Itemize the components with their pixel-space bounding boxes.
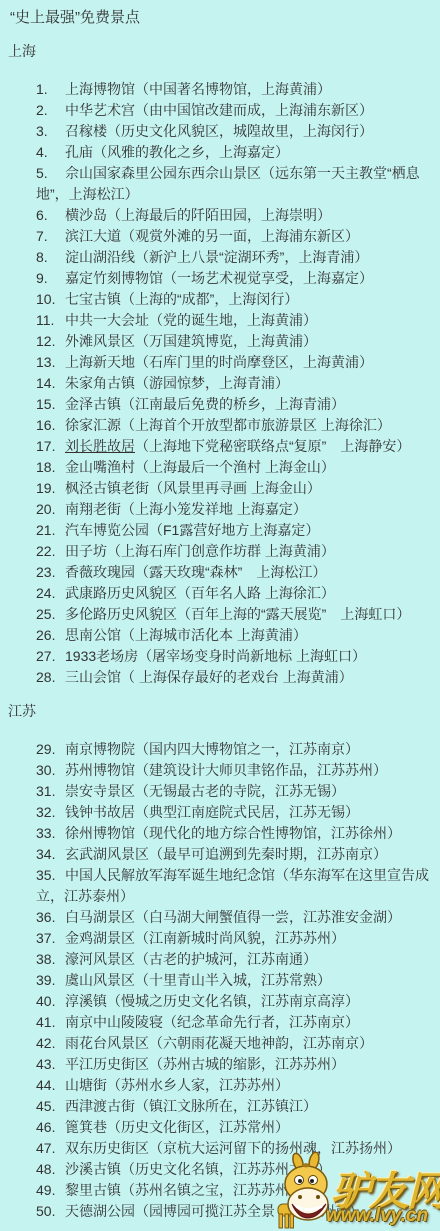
item-number: 40. — [36, 991, 65, 1012]
item-number: 12. — [36, 331, 65, 352]
item-number: 33. — [36, 823, 65, 844]
item-number: 19. — [36, 478, 65, 499]
item-text: 平江历史街区（苏州古城的缩影，江苏苏州） — [65, 1056, 345, 1072]
list-item: 31.崇安寺景区（无锡最古老的寺院，江苏无锡） — [0, 781, 440, 802]
item-text: 中国人民解放军海军诞生地纪念馆（华东海军在这里宣告成立，江苏泰州） — [36, 867, 429, 904]
list-item: 41.南京中山陵陵寝（纪念革命先行者，江苏南京） — [0, 1012, 440, 1033]
item-text: 多伦路历史风貌区（百年上海的“露天展览” 上海虹口） — [65, 606, 410, 622]
list-item: 7.滨江大道（观赏外滩的另一面，上海浦东新区） — [0, 226, 440, 247]
item-number: 34. — [36, 844, 65, 865]
item-number: 45. — [36, 1096, 65, 1117]
item-number: 16. — [36, 415, 65, 436]
item-text: 七宝古镇（上海的“成都”，上海闵行） — [65, 291, 298, 307]
list-item: 47.双东历史街区（京杭大运河留下的扬州魂，江苏扬州） — [0, 1138, 440, 1159]
list-item: 46.篦箕巷（历史文化街区，江苏常州） — [0, 1117, 440, 1138]
list-item: 11.中共一大会址（党的诞生地，上海黄浦） — [0, 310, 440, 331]
list-item: 22.田子坊（上海石库门创意作坊群 上海黄浦） — [0, 541, 440, 562]
item-number: 21. — [36, 520, 65, 541]
list-item: 26.思南公馆（上海城市活化本 上海黄浦） — [0, 625, 440, 646]
item-text: 苏州博物馆（建筑设计大师贝聿铭作品，江苏苏州） — [65, 762, 387, 778]
item-number: 24. — [36, 583, 65, 604]
list-item: 38.濠河风景区（古老的护城河，江苏南通） — [0, 949, 440, 970]
item-text: 滨江大道（观赏外滩的另一面，上海浦东新区） — [65, 228, 359, 244]
item-number: 6. — [36, 205, 65, 226]
item-number: 4. — [36, 142, 65, 163]
item-number: 23. — [36, 562, 65, 583]
item-text: 雨花台风景区（六朝雨花凝天地神韵，江苏南京） — [65, 1035, 373, 1051]
scenic-spot-list: 29.南京博物院（国内四大博物馆之一，江苏南京）30.苏州博物馆（建筑设计大师贝… — [0, 739, 440, 1222]
list-item: 39.虞山风景区（十里青山半入城，江苏常熟） — [0, 970, 440, 991]
item-text: 三山会馆（ 上海保存最好的老戏台 上海黄浦） — [65, 669, 353, 685]
item-number: 15. — [36, 394, 65, 415]
item-number: 46. — [36, 1117, 65, 1138]
item-text: 横沙岛（上海最后的阡陌田园，上海崇明） — [65, 207, 331, 223]
item-number: 49. — [36, 1180, 65, 1201]
item-text: 1933老场房（屠宰场变身时尚新地标 上海虹口） — [65, 648, 366, 664]
page: “史上最强”免费景点 上海1.上海博物馆（中国著名博物馆，上海黄浦）2.中华艺术… — [0, 0, 440, 1231]
item-text: 思南公馆（上海城市活化本 上海黄浦） — [65, 627, 307, 643]
item-text: 金泽古镇（江南最后免费的桥乡，上海青浦） — [65, 396, 345, 412]
item-number: 37. — [36, 928, 65, 949]
item-number: 38. — [36, 949, 65, 970]
item-text: 南京博物院（国内四大博物馆之一，江苏南京） — [65, 741, 359, 757]
list-item: 36.白马湖景区（白马湖大闸蟹值得一尝，江苏淮安金湖） — [0, 907, 440, 928]
item-number: 50. — [36, 1201, 65, 1222]
list-item: 18.金山嘴渔村（上海最后一个渔村 上海金山） — [0, 457, 440, 478]
list-item: 40.淳溪镇（慢城之历史文化名镇，江苏南京高淳） — [0, 991, 440, 1012]
item-text: 篦箕巷（历史文化街区，江苏常州） — [65, 1119, 289, 1135]
list-item: 28.三山会馆（ 上海保存最好的老戏台 上海黄浦） — [0, 667, 440, 688]
list-item: 24.武康路历史风貌区（百年名人路 上海徐汇） — [0, 583, 440, 604]
list-item: 14.朱家角古镇（游园惊梦，上海青浦） — [0, 373, 440, 394]
list-item: 2.中华艺术宫（由中国馆改建而成，上海浦东新区） — [0, 100, 440, 121]
item-text: 双东历史街区（京杭大运河留下的扬州魂，江苏扬州） — [65, 1140, 401, 1156]
item-number: 25. — [36, 604, 65, 625]
list-item: 20.南翔老街（上海小笼发祥地 上海嘉定） — [0, 499, 440, 520]
item-number: 36. — [36, 907, 65, 928]
item-number: 5. — [36, 163, 65, 184]
item-number: 41. — [36, 1012, 65, 1033]
item-number: 13. — [36, 352, 65, 373]
list-item: 16.徐家汇源（上海首个开放型都市旅游景区 上海徐汇） — [0, 415, 440, 436]
item-text: 崇安寺景区（无锡最古老的寺院，江苏无锡） — [65, 783, 345, 799]
item-number: 48. — [36, 1159, 65, 1180]
item-text: 上海博物馆（中国著名博物馆，上海黄浦） — [65, 81, 331, 97]
item-number: 32. — [36, 802, 65, 823]
item-text: 淳溪镇（慢城之历史文化名镇，江苏南京高淳） — [65, 993, 359, 1009]
item-text: 汽车博览公园（F1露营好地方上海嘉定） — [65, 522, 319, 538]
item-text: 田子坊（上海石库门创意作坊群 上海黄浦） — [65, 543, 335, 559]
item-number: 8. — [36, 247, 65, 268]
item-text: 濠河风景区（古老的护城河，江苏南通） — [65, 951, 317, 967]
list-item: 8.淀山湖沿线（新沪上八景“淀湖环秀”，上海青浦） — [0, 247, 440, 268]
list-item: 35.中国人民解放军海军诞生地纪念馆（华东海军在这里宣告成立，江苏泰州） — [0, 865, 440, 907]
item-text: 武康路历史风貌区（百年名人路 上海徐汇） — [65, 585, 335, 601]
sections-container: 上海1.上海博物馆（中国著名博物馆，上海黄浦）2.中华艺术宫（由中国馆改建而成，… — [0, 41, 440, 1222]
item-text: 佘山国家森里公园东西佘山景区（远东第一天主教堂“栖息地”，上海松江） — [36, 165, 420, 202]
item-number: 11. — [36, 310, 65, 331]
list-item: 32.钱钟书故居（典型江南庭院式民居，江苏无锡） — [0, 802, 440, 823]
list-item: 34.玄武湖风景区（最早可追溯到先秦时期，江苏南京） — [0, 844, 440, 865]
item-text: 南翔老街（上海小笼发祥地 上海嘉定） — [65, 501, 307, 517]
list-item: 19.枫泾古镇老街（风景里再寻画 上海金山） — [0, 478, 440, 499]
watermark-site-url: www.lvy.cn — [326, 1205, 428, 1227]
item-number: 31. — [36, 781, 65, 802]
list-item: 23.香薇玫瑰园（露天玫瑰“森林” 上海松江） — [0, 562, 440, 583]
item-text: 西津渡古街（镇江文脉所在，江苏镇江） — [65, 1098, 317, 1114]
list-item: 45.西津渡古街（镇江文脉所在，江苏镇江） — [0, 1096, 440, 1117]
list-item: 33.徐州博物馆（现代化的地方综合性博物馆，江苏徐州） — [0, 823, 440, 844]
list-item: 1.上海博物馆（中国著名博物馆，上海黄浦） — [0, 79, 440, 100]
list-item: 43.平江历史街区（苏州古城的缩影，江苏苏州） — [0, 1054, 440, 1075]
item-number: 30. — [36, 760, 65, 781]
item-number: 2. — [36, 100, 65, 121]
list-item: 42.雨花台风景区（六朝雨花凝天地神韵，江苏南京） — [0, 1033, 440, 1054]
item-text: 玄武湖风景区（最早可追溯到先秦时期，江苏南京） — [65, 846, 387, 862]
item-text: 钱钟书故居（典型江南庭院式民居，江苏无锡） — [65, 804, 359, 820]
item-link[interactable]: 刘长胜故居 — [65, 438, 135, 454]
item-number: 43. — [36, 1054, 65, 1075]
scenic-spot-list: 1.上海博物馆（中国著名博物馆，上海黄浦）2.中华艺术宫（由中国馆改建而成，上海… — [0, 79, 440, 688]
item-number: 7. — [36, 226, 65, 247]
list-item: 25.多伦路历史风貌区（百年上海的“露天展览” 上海虹口） — [0, 604, 440, 625]
item-number: 22. — [36, 541, 65, 562]
list-item: 44.山塘街（苏州水乡人家，江苏苏州） — [0, 1075, 440, 1096]
item-text: 上海新天地（石库门里的时尚摩登区，上海黄浦） — [65, 354, 373, 370]
item-text: 嘉定竹刻博物馆（一场艺术视觉享受，上海嘉定） — [65, 270, 373, 286]
list-item: 30.苏州博物馆（建筑设计大师贝聿铭作品，江苏苏州） — [0, 760, 440, 781]
item-text: 中共一大会址（党的诞生地，上海黄浦） — [65, 312, 317, 328]
list-item: 15.金泽古镇（江南最后免费的桥乡，上海青浦） — [0, 394, 440, 415]
list-item: 6.横沙岛（上海最后的阡陌田园，上海崇明） — [0, 205, 440, 226]
item-number: 14. — [36, 373, 65, 394]
item-number: 39. — [36, 970, 65, 991]
item-text: 金山嘴渔村（上海最后一个渔村 上海金山） — [65, 459, 335, 475]
item-text: 山塘街（苏州水乡人家，江苏苏州） — [65, 1077, 289, 1093]
item-number: 47. — [36, 1138, 65, 1159]
section-header: 上海 — [8, 41, 440, 62]
list-item: 21.汽车博览公园（F1露营好地方上海嘉定） — [0, 520, 440, 541]
item-number: 3. — [36, 121, 65, 142]
list-item: 27.1933老场房（屠宰场变身时尚新地标 上海虹口） — [0, 646, 440, 667]
item-number: 17. — [36, 436, 65, 457]
item-text: 虞山风景区（十里青山半入城，江苏常熟） — [65, 972, 331, 988]
item-text: 白马湖景区（白马湖大闸蟹值得一尝，江苏淮安金湖） — [65, 909, 401, 925]
list-item: 13.上海新天地（石库门里的时尚摩登区，上海黄浦） — [0, 352, 440, 373]
page-title: “史上最强”免费景点 — [10, 8, 440, 28]
item-text: 淀山湖沿线（新沪上八景“淀湖环秀”，上海青浦） — [65, 249, 368, 265]
item-number: 10. — [36, 289, 65, 310]
item-text: 徐家汇源（上海首个开放型都市旅游景区 上海徐汇） — [65, 417, 391, 433]
list-item: 5.佘山国家森里公园东西佘山景区（远东第一天主教堂“栖息地”，上海松江） — [0, 163, 440, 205]
item-number: 28. — [36, 667, 65, 688]
item-text: 朱家角古镇（游园惊梦，上海青浦） — [65, 375, 289, 391]
item-number: 29. — [36, 739, 65, 760]
item-text: 孔庙（风雅的教化之乡，上海嘉定） — [65, 144, 289, 160]
list-item: 12.外滩风景区（万国建筑博览，上海黄浦） — [0, 331, 440, 352]
item-number: 18. — [36, 457, 65, 478]
list-item: 4.孔庙（风雅的教化之乡，上海嘉定） — [0, 142, 440, 163]
item-text: 南京中山陵陵寝（纪念革命先行者，江苏南京） — [65, 1014, 359, 1030]
item-text: 徐州博物馆（现代化的地方综合性博物馆，江苏徐州） — [65, 825, 401, 841]
item-number: 44. — [36, 1075, 65, 1096]
item-number: 9. — [36, 268, 65, 289]
item-text: 召稼楼（历史文化风貌区，城隍故里，上海闵行） — [65, 123, 373, 139]
item-number: 1. — [36, 79, 65, 100]
item-number: 27. — [36, 646, 65, 667]
list-item: 3.召稼楼（历史文化风貌区，城隍故里，上海闵行） — [0, 121, 440, 142]
item-number: 42. — [36, 1033, 65, 1054]
item-number: 35. — [36, 865, 65, 886]
item-number: 26. — [36, 625, 65, 646]
item-number: 20. — [36, 499, 65, 520]
item-text: 中华艺术宫（由中国馆改建而成，上海浦东新区） — [65, 102, 373, 118]
item-text: （上海地下党秘密联络点“复原” 上海静安） — [135, 438, 410, 454]
item-text: 香薇玫瑰园（露天玫瑰“森林” 上海松江） — [65, 564, 326, 580]
list-item: 9.嘉定竹刻博物馆（一场艺术视觉享受，上海嘉定） — [0, 268, 440, 289]
item-text: 外滩风景区（万国建筑博览，上海黄浦） — [65, 333, 317, 349]
section-header: 江苏 — [8, 701, 440, 722]
item-text: 枫泾古镇老街（风景里再寻画 上海金山） — [65, 480, 321, 496]
list-item: 17.刘长胜故居（上海地下党秘密联络点“复原” 上海静安） — [0, 436, 440, 457]
item-text: 金鸡湖景区（江南新城时尚风貌，江苏苏州） — [65, 930, 345, 946]
list-item: 10.七宝古镇（上海的“成都”，上海闵行） — [0, 289, 440, 310]
list-item: 29.南京博物院（国内四大博物馆之一，江苏南京） — [0, 739, 440, 760]
list-item: 37.金鸡湖景区（江南新城时尚风貌，江苏苏州） — [0, 928, 440, 949]
